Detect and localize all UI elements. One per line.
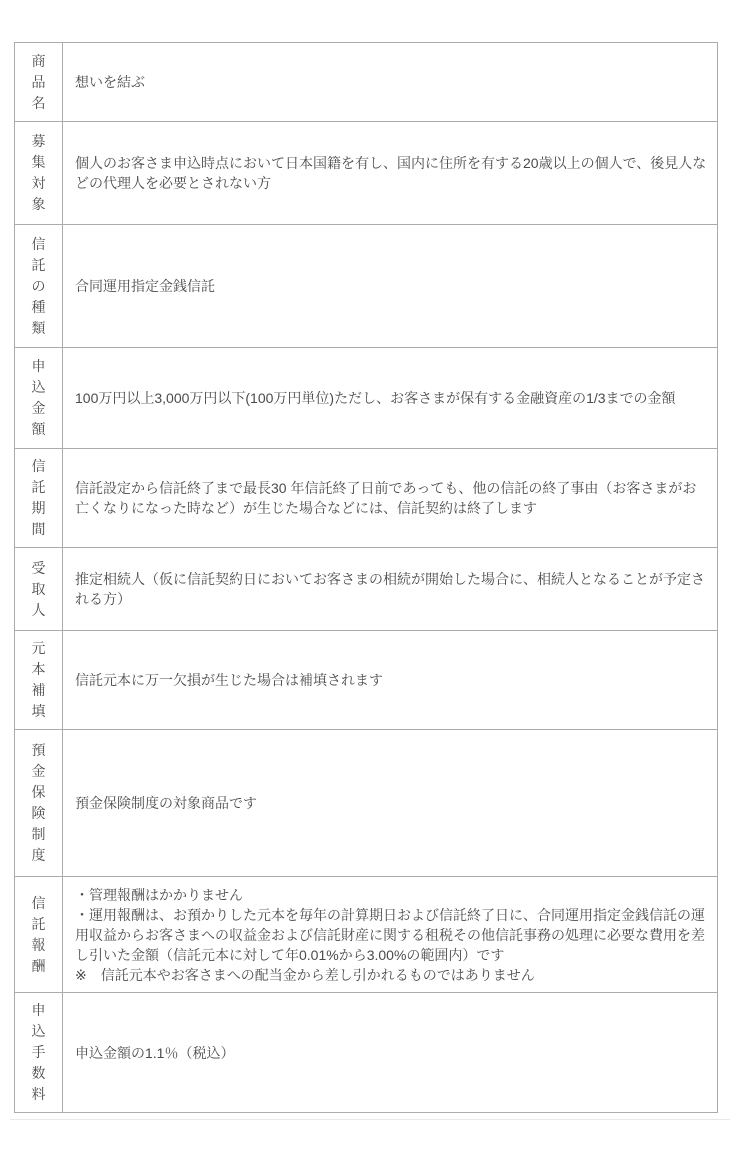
- row-value-cell: 推定相続人（仮に信託契約日においてお客さまの相続が開始した場合に、相続人となるこ…: [63, 548, 718, 631]
- row-value-cell: 想いを結ぶ: [63, 43, 718, 122]
- table-row-beneficiary: 受 取 人 推定相続人（仮に信託契約日においてお客さまの相続が開始した場合に、相…: [15, 548, 718, 631]
- row-value-cell: ・管理報酬はかかりません ・運用報酬は、お預かりした元本を毎年の計算期日および信…: [63, 877, 718, 993]
- row-value-cell: 合同運用指定金銭信託: [63, 225, 718, 348]
- table-row-product-name: 商 品 名 想いを結ぶ: [15, 43, 718, 122]
- row-value-cell: 信託元本に万一欠損が生じた場合は補填されます: [63, 631, 718, 730]
- row-header-cell: 預 金 保 険 制 度: [15, 730, 63, 877]
- table-row-eligibility: 募 集 対 象 個人のお客さま申込時点において日本国籍を有し、国内に住所を有する…: [15, 122, 718, 225]
- row-header-cell: 信 託 報 酬: [15, 877, 63, 993]
- table-row-principal-compensation: 元 本 補 填 信託元本に万一欠損が生じた場合は補填されます: [15, 631, 718, 730]
- page-divider: [10, 1119, 730, 1120]
- row-value-cell: 預金保険制度の対象商品です: [63, 730, 718, 877]
- row-header-cell: 受 取 人: [15, 548, 63, 631]
- table-row-deposit-insurance: 預 金 保 険 制 度 預金保険制度の対象商品です: [15, 730, 718, 877]
- table-row-trust-fee: 信 託 報 酬 ・管理報酬はかかりません ・運用報酬は、お預かりした元本を毎年の…: [15, 877, 718, 993]
- row-header-cell: 元 本 補 填: [15, 631, 63, 730]
- row-header-cell: 申 込 手 数 料: [15, 993, 63, 1113]
- table-row-trust-type: 信 託 の 種 類 合同運用指定金銭信託: [15, 225, 718, 348]
- table-row-application-amount: 申 込 金 額 100万円以上3,000万円以下(100万円単位)ただし、お客さ…: [15, 348, 718, 449]
- row-header-cell: 信 託 期 間: [15, 449, 63, 548]
- row-value-cell: 個人のお客さま申込時点において日本国籍を有し、国内に住所を有する20歳以上の個人…: [63, 122, 718, 225]
- row-header-cell: 申 込 金 額: [15, 348, 63, 449]
- product-info-table: 商 品 名 想いを結ぶ 募 集 対 象 個人のお客さま申込時点において日本国籍を…: [14, 42, 718, 1113]
- row-value-cell: 100万円以上3,000万円以下(100万円単位)ただし、お客さまが保有する金融…: [63, 348, 718, 449]
- row-value-cell: 申込金額の1.1％（税込）: [63, 993, 718, 1113]
- table-row-trust-period: 信 託 期 間 信託設定から信託終了まで最長30 年信託終了日前であっても、他の…: [15, 449, 718, 548]
- table-row-application-fee: 申 込 手 数 料 申込金額の1.1％（税込）: [15, 993, 718, 1113]
- row-value-cell: 信託設定から信託終了まで最長30 年信託終了日前であっても、他の信託の終了事由（…: [63, 449, 718, 548]
- row-header-cell: 募 集 対 象: [15, 122, 63, 225]
- product-info-table-body: 商 品 名 想いを結ぶ 募 集 対 象 個人のお客さま申込時点において日本国籍を…: [15, 43, 718, 1113]
- row-header-cell: 商 品 名: [15, 43, 63, 122]
- row-header-cell: 信 託 の 種 類: [15, 225, 63, 348]
